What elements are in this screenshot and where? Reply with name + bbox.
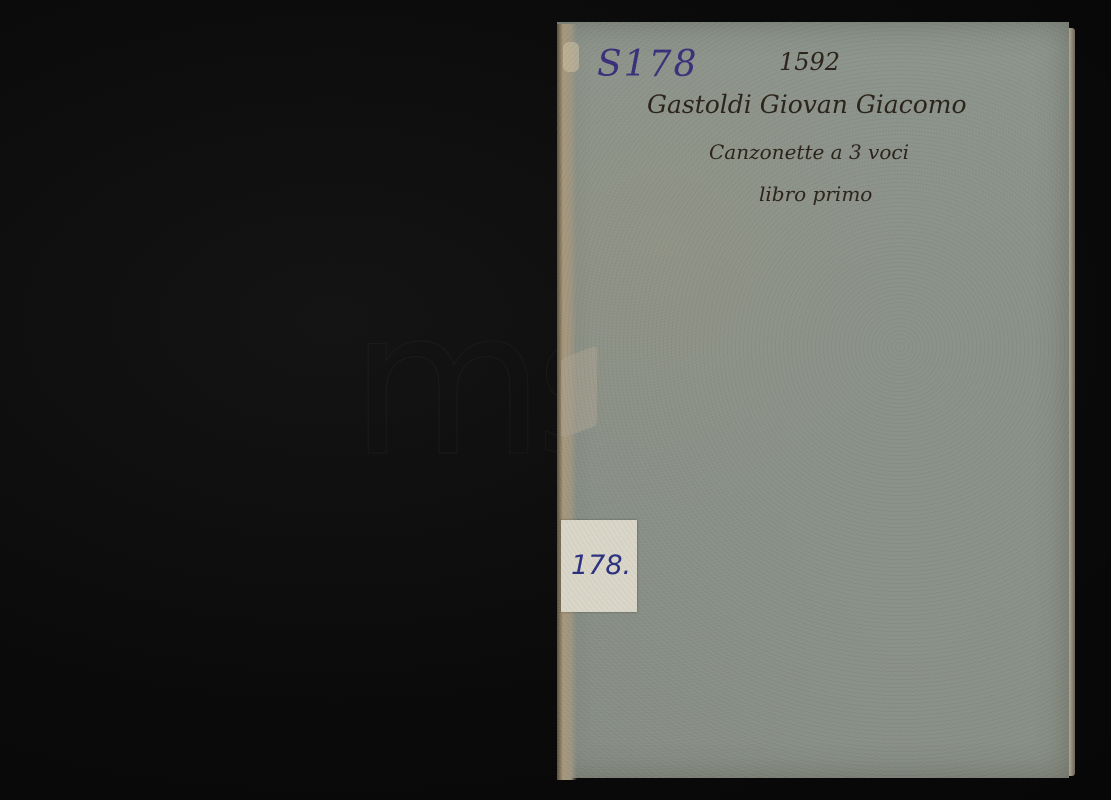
title-line-1: Canzonette a 3 voci	[709, 140, 909, 164]
author-inscription: Gastoldi Giovan Giacomo	[647, 90, 967, 119]
title-line-2: libro primo	[759, 182, 872, 206]
torn-corner	[563, 42, 579, 72]
shelfmark-inscription: S178	[597, 44, 698, 85]
year-inscription: 1592	[779, 48, 840, 76]
torn-patch	[561, 345, 597, 438]
book-cover: S178 1592 Gastoldi Giovan Giacomo Canzon…	[557, 22, 1069, 778]
worn-spine-edge	[557, 24, 577, 780]
shelf-label: 178.	[561, 520, 637, 612]
book-volume: S178 1592 Gastoldi Giovan Giacomo Canzon…	[551, 20, 1077, 780]
shelf-label-number: 178.	[571, 550, 631, 581]
